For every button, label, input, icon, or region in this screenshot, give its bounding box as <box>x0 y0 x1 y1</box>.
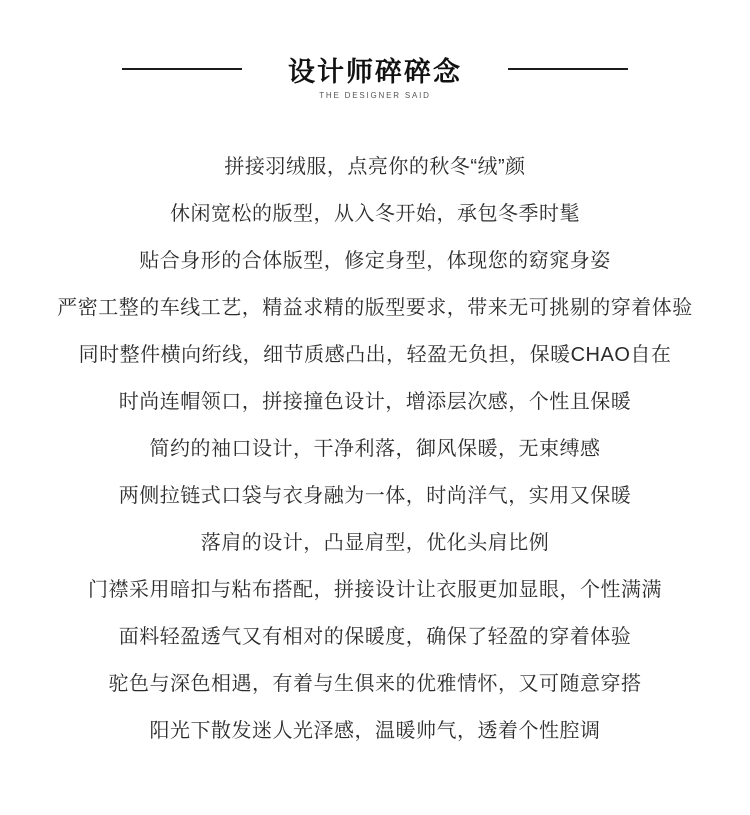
header-divider-right <box>508 68 628 70</box>
description-line: 拼接羽绒服，点亮你的秋冬“绒”颜 <box>0 141 750 188</box>
section-title-block: 设计师碎碎念 THE DESIGNER SAID <box>288 56 462 100</box>
designer-notes-section: 设计师碎碎念 THE DESIGNER SAID 拼接羽绒服，点亮你的秋冬“绒”… <box>0 0 750 815</box>
section-title: 设计师碎碎念 <box>288 56 462 88</box>
section-subtitle: THE DESIGNER SAID <box>288 91 462 100</box>
description-line: 简约的袖口设计，干净利落，御风保暖，无束缚感 <box>0 423 750 470</box>
description-line: 同时整件横向绗线，细节质感凸出，轻盈无负担，保暖CHAO自在 <box>0 329 750 376</box>
description-line: 严密工整的车线工艺，精益求精的版型要求，带来无可挑剔的穿着体验 <box>0 282 750 329</box>
description-line: 落肩的设计，凸显肩型，优化头肩比例 <box>0 517 750 564</box>
description-line: 两侧拉链式口袋与衣身融为一体，时尚洋气，实用又保暖 <box>0 470 750 517</box>
description-line: 休闲宽松的版型，从入冬开始，承包冬季时髦 <box>0 188 750 235</box>
description-line: 阳光下散发迷人光泽感，温暖帅气，透着个性腔调 <box>0 705 750 752</box>
description-line: 面料轻盈透气又有相对的保暖度，确保了轻盈的穿着体验 <box>0 611 750 658</box>
description-text: 拼接羽绒服，点亮你的秋冬“绒”颜 休闲宽松的版型，从入冬开始，承包冬季时髦 贴合… <box>0 141 750 752</box>
description-line: 时尚连帽领口，拼接撞色设计，增添层次感，个性且保暖 <box>0 376 750 423</box>
description-line: 门襟采用暗扣与粘布搭配，拼接设计让衣服更加显眼，个性满满 <box>0 564 750 611</box>
description-line: 驼色与深色相遇，有着与生俱来的优雅情怀，又可随意穿搭 <box>0 658 750 705</box>
description-line: 贴合身形的合体版型，修定身型，体现您的窈窕身姿 <box>0 235 750 282</box>
header-divider-left <box>122 68 242 70</box>
section-header: 设计师碎碎念 THE DESIGNER SAID <box>0 56 750 100</box>
